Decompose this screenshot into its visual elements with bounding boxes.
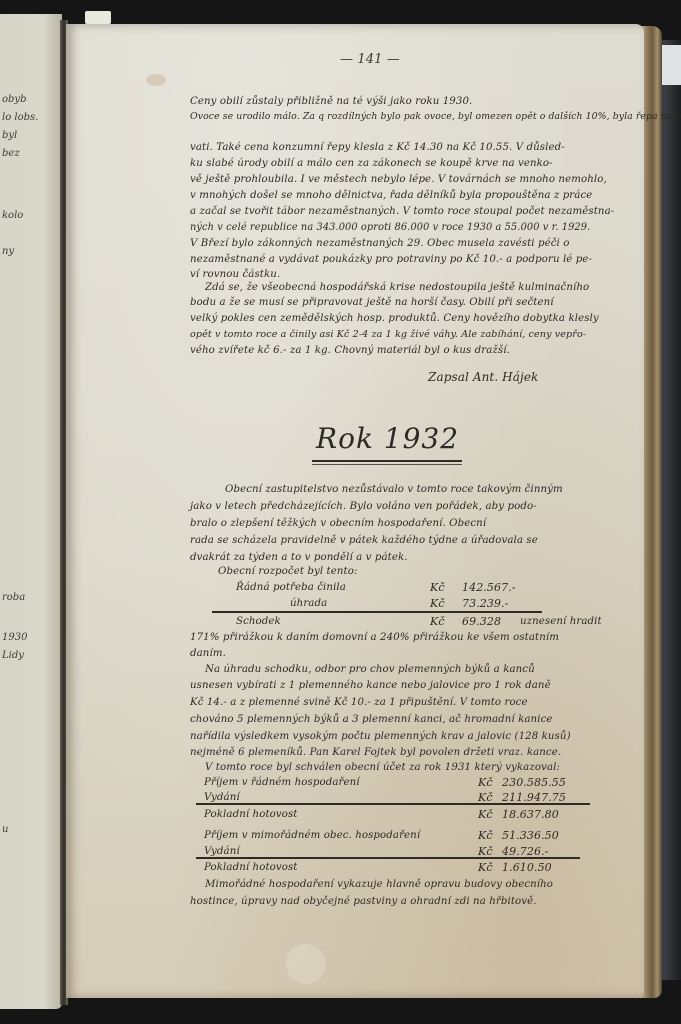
text-line: V Březí bylo zákonných nezaměstnaných 29… <box>190 238 569 249</box>
account-currency: Kč <box>478 808 493 821</box>
paper-stain <box>146 74 166 86</box>
text-line: bralo o zlepšení těžkých v obecním hospo… <box>190 518 486 529</box>
paper-crease <box>286 944 326 984</box>
budget-currency: Kč <box>430 581 445 594</box>
text-line: v mnohých došel se mnoho dělnictva, řada… <box>190 190 592 201</box>
left-page-fragment: lo lobs. <box>2 112 38 123</box>
sum-rule <box>196 857 580 859</box>
text-line: a začal se tvořit tábor nezaměstnaných. … <box>190 206 614 217</box>
left-page-fragment: bez <box>2 148 20 159</box>
sum-rule <box>212 611 542 613</box>
text-line: 171% přirážkou k daním domovní a 240% př… <box>190 632 559 643</box>
text-line: nařídila výsledkem vysokým počtu plemenn… <box>190 731 571 742</box>
left-page-fragment: u <box>2 824 8 835</box>
account-label: Příjem v řádném hospodaření <box>204 777 360 788</box>
account-currency: Kč <box>478 776 493 789</box>
text-line: vého zvířete kč 6.- za 1 kg. Chovný mate… <box>190 345 510 356</box>
budget-amount: 69.328 <box>462 615 501 628</box>
text-line: daním. <box>190 648 226 659</box>
budget-intro: Obecní rozpočet byl tento: <box>218 566 357 577</box>
account-amount: 1.610.50 <box>502 861 552 874</box>
text-line: Kč 14.- a z plemenné svině Kč 10.- za 1 … <box>190 697 528 708</box>
budget-label: Řádná potřeba činila <box>236 582 346 593</box>
accounts-intro: V tomto roce byl schválen obecní účet za… <box>205 762 560 773</box>
text-line: jako v letech předcházejících. Bylo volá… <box>190 501 537 512</box>
text-line: opět v tomto roce a činily asi Kč 2-4 za… <box>190 329 586 340</box>
budget-amount: 142.567.- <box>462 581 516 594</box>
text-line: ku slabé úrody obilí a málo cen za zákon… <box>190 158 553 169</box>
left-page-fragment: roba <box>2 592 25 603</box>
text-line: rada se scházela pravidelně v pátek každ… <box>190 535 538 546</box>
left-page-fragment: 1930 <box>2 632 27 643</box>
budget-label: Schodek <box>236 616 281 627</box>
year-heading: Rok 1932 <box>316 422 459 455</box>
budget-currency: Kč <box>430 597 445 610</box>
text-line: vati. Také cena konzumní řepy klesla z K… <box>190 142 565 153</box>
left-page-fragment: Lidy <box>2 650 24 661</box>
text-line: Obecní zastupitelstvo nezůstávalo v tomt… <box>225 484 563 495</box>
text-line: Na úhradu schodku, odbor pro chov plemen… <box>205 664 535 675</box>
text-line: dvakrát za týden a to v pondělí a v páte… <box>190 552 408 563</box>
heading-underline <box>312 464 462 465</box>
text-line: nejméně 6 plemeníků. Pan Karel Fojtek by… <box>190 747 561 758</box>
account-amount: 18.637.80 <box>502 808 559 821</box>
text-line: velký pokles cen zemědělských hosp. prod… <box>190 313 599 324</box>
left-page-fragment: byl <box>2 130 17 141</box>
account-amount: 230.585.55 <box>502 776 566 789</box>
text-line: Mimořádné hospodaření vykazuje hlavně op… <box>205 879 553 890</box>
text-line: hostince, úpravy nad obyčejné pastviny a… <box>190 896 537 907</box>
background-light-patch <box>661 45 681 85</box>
budget-amount: 73.239.- <box>462 597 509 610</box>
text-line: Ovoce se urodilo málo. Za q rozdílných b… <box>190 111 681 122</box>
budget-note: uznesení hradit <box>520 616 602 627</box>
left-page-fragment: ny <box>2 246 14 257</box>
account-label: Pokladní hotovost <box>204 862 298 873</box>
text-line: ných v celé republice na 343.000 oproti … <box>190 222 590 233</box>
left-page-fragment: obyb <box>2 94 26 105</box>
text-line: ví rovnou částku. <box>190 269 280 280</box>
bookmark-tab <box>85 11 111 24</box>
budget-label: úhrada <box>290 598 327 609</box>
text-line: chováno 5 plemenných býků a 3 plemenní k… <box>190 714 553 725</box>
page-number: — 141 — <box>340 52 400 67</box>
text-line: Zdá se, že všeobecná hospodářská krise n… <box>205 282 589 293</box>
account-amount: 51.336.50 <box>502 829 559 842</box>
text-line: bodu a že se musí se připravovat ještě n… <box>190 297 554 308</box>
heading-underline <box>312 460 462 462</box>
account-label: Pokladní hotovost <box>204 809 298 820</box>
text-line: nezaměstnané a vydávat poukázky pro potr… <box>190 254 592 265</box>
text-line: usnesen vybírati z 1 plemenného kance ne… <box>190 680 551 691</box>
page-number-value: 141 <box>357 52 382 67</box>
left-page-fragment: kolo <box>2 210 23 221</box>
account-currency: Kč <box>478 829 493 842</box>
signature: Zapsal Ant. Hájek <box>428 370 538 384</box>
text-line: vě ještě prohloubila. I ve městech nebyl… <box>190 174 607 185</box>
text-line: Ceny obilí zůstaly přibližně na té výši … <box>190 96 472 107</box>
left-page: obyb lo lobs. byl bez kolo ny roba 1930 … <box>0 14 62 1009</box>
sum-rule <box>196 803 590 805</box>
account-currency: Kč <box>478 861 493 874</box>
account-label: Vydání <box>204 792 240 803</box>
account-label: Vydání <box>204 846 240 857</box>
budget-currency: Kč <box>430 615 445 628</box>
account-label: Příjem v mimořádném obec. hospodaření <box>204 830 420 841</box>
